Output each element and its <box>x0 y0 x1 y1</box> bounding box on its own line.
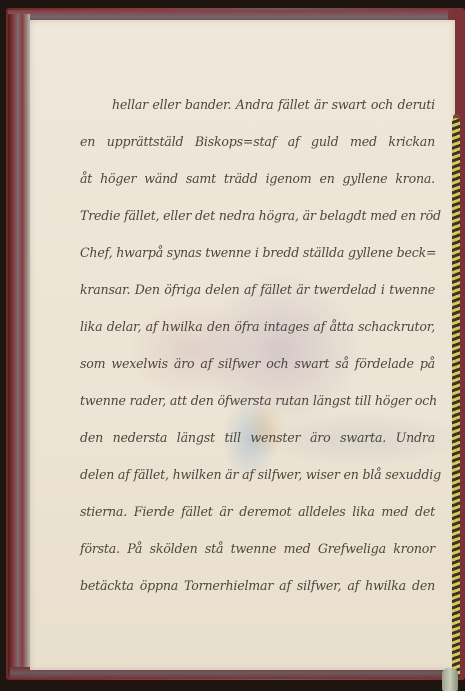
text-line: som wexelwis äro af silfwer och swart så… <box>80 345 435 382</box>
text-line: delen af fället, hwilken är af silfwer, … <box>80 456 435 493</box>
text-line: Chef, hwarpå synas twenne i bredd ställd… <box>80 234 435 271</box>
text-line: betäckta öppna Tornerhielmar af silfwer,… <box>80 567 435 604</box>
manuscript-text: hellar eller bander. Andra fället är swa… <box>80 86 435 604</box>
text-line: lika delar, af hwilka den öfra intages a… <box>80 308 435 345</box>
text-line: den nedersta längst till wenster äro swa… <box>80 419 435 456</box>
text-line: åt höger wänd samt trädd igenom en gylle… <box>80 160 435 197</box>
text-line: stierna. Fierde fället är deremot alldel… <box>80 493 435 530</box>
text-line: kransar. Den öfriga delen af fället är t… <box>80 271 435 308</box>
text-line: Tredie fället, eller det nedra högra, är… <box>80 197 435 234</box>
cover-spine-edge <box>8 14 30 674</box>
bookmark-tassel <box>442 668 458 691</box>
text-line: en upprättstäld Biskops=staf af guld med… <box>80 123 435 160</box>
text-line: första. På skölden stå twenne med Grefwe… <box>80 530 435 567</box>
bookmark-cord <box>452 118 460 678</box>
text-line: twenne rader, att den öfwersta rutan län… <box>80 382 435 419</box>
text-line: hellar eller bander. Andra fället är swa… <box>80 86 435 123</box>
